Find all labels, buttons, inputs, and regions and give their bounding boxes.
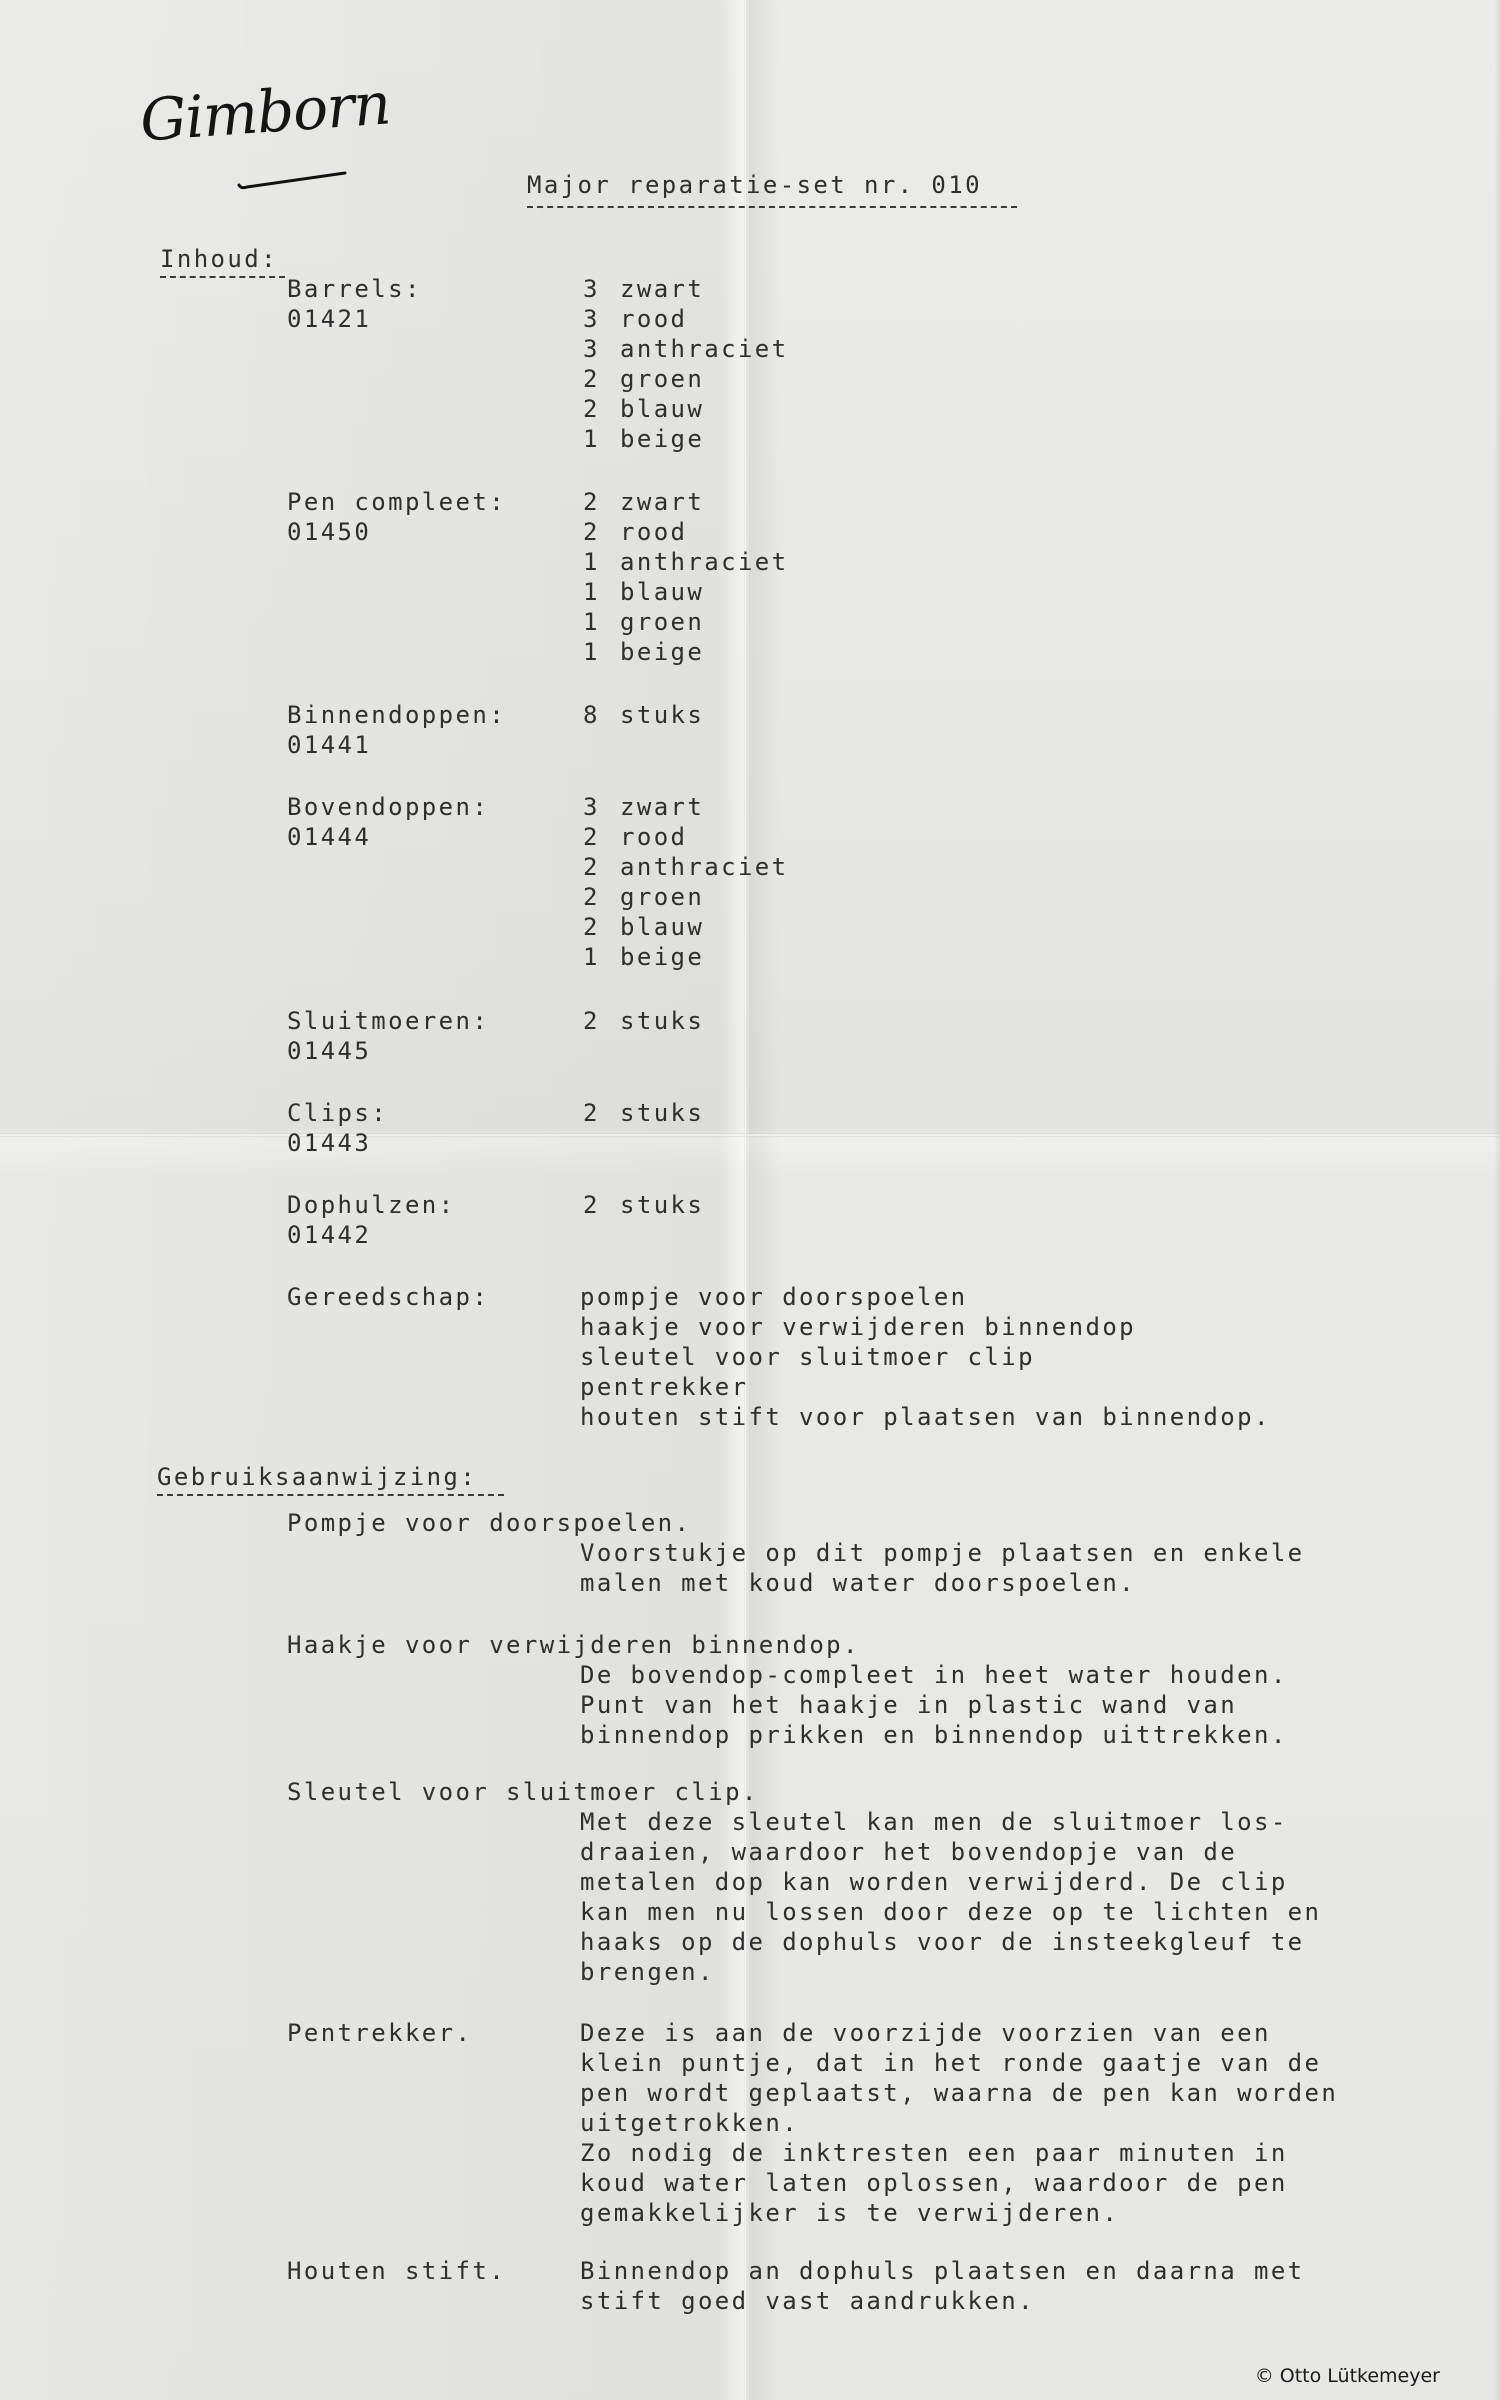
instruction-line: malen met koud water doorspoelen.: [580, 1568, 1136, 1598]
item-quantity: 2: [583, 1190, 600, 1220]
item-name: groen: [620, 607, 704, 637]
instructions-heading: Gebruiksaanwijzing:: [157, 1462, 477, 1492]
document-title: Major reparatie-set nr. 010: [527, 170, 982, 200]
instruction-title: Haakje voor verwijderen binnendop.: [287, 1630, 860, 1660]
instruction-title: Houten stift.: [287, 2256, 506, 2286]
item-name: rood: [620, 517, 687, 547]
item-name: stuks: [620, 1098, 704, 1128]
tool-item: sleutel voor sluitmoer clip: [580, 1342, 1035, 1372]
instruction-line: binnendop prikken en binnendop uittrekke…: [580, 1720, 1288, 1750]
part-code: 01442: [287, 1220, 371, 1250]
instruction-line: kan men nu lossen door deze op te lichte…: [580, 1897, 1321, 1927]
item-name: beige: [620, 637, 704, 667]
item-name: stuks: [620, 1190, 704, 1220]
item-name: beige: [620, 424, 704, 454]
item-quantity: 1: [583, 547, 600, 577]
item-quantity: 2: [583, 912, 600, 942]
item-quantity: 2: [583, 882, 600, 912]
instruction-line: Zo nodig de inktresten een paar minuten …: [580, 2138, 1288, 2168]
instruction-line: stift goed vast aandrukken.: [580, 2286, 1035, 2316]
copyright-notice: © Otto Lütkemeyer: [1255, 2365, 1440, 2387]
tool-item: haakje voor verwijderen binnendop: [580, 1312, 1136, 1342]
tool-item: pompje voor doorspoelen: [580, 1282, 968, 1312]
item-name: beige: [620, 942, 704, 972]
item-name: groen: [620, 364, 704, 394]
instruction-title: Pompje voor doorspoelen.: [287, 1508, 691, 1538]
item-quantity: 2: [583, 1006, 600, 1036]
instruction-line: klein puntje, dat in het ronde gaatje va…: [580, 2048, 1321, 2078]
instruction-line: uitgetrokken.: [580, 2108, 799, 2138]
item-name: rood: [620, 822, 687, 852]
instruction-line: Punt van het haakje in plastic wand van: [580, 1690, 1237, 1720]
item-quantity: 1: [583, 607, 600, 637]
item-quantity: 1: [583, 637, 600, 667]
item-name: zwart: [620, 487, 704, 517]
title-underline: [527, 206, 1017, 208]
item-quantity: 2: [583, 487, 600, 517]
item-name: anthraciet: [620, 334, 789, 364]
item-name: anthraciet: [620, 547, 789, 577]
instruction-line: draaien, waardoor het bovendopje van de: [580, 1837, 1237, 1867]
contents-heading: Inhoud:: [160, 244, 278, 274]
instruction-line: koud water laten oplossen, waardoor de p…: [580, 2168, 1288, 2198]
tool-item: houten stift voor plaatsen van binnendop…: [580, 1402, 1271, 1432]
item-quantity: 2: [583, 517, 600, 547]
section-label: Binnendoppen:: [287, 700, 506, 730]
instructions-heading-underline: [157, 1494, 504, 1496]
instruction-line: pen wordt geplaatst, waarna de pen kan w…: [580, 2078, 1338, 2108]
horizontal-fold-crease: [0, 1133, 1500, 1137]
paper-edge: [1494, 0, 1500, 2400]
item-name: zwart: [620, 792, 704, 822]
part-code: 01443: [287, 1128, 371, 1158]
instruction-line: Met deze sleutel kan men de sluitmoer lo…: [580, 1807, 1288, 1837]
section-label: Sluitmoeren:: [287, 1006, 489, 1036]
item-name: groen: [620, 882, 704, 912]
item-quantity: 2: [583, 364, 600, 394]
item-name: blauw: [620, 912, 704, 942]
instruction-line: Deze is aan de voorzijde voorzien van ee…: [580, 2018, 1271, 2048]
section-label: Dophulzen:: [287, 1190, 456, 1220]
part-code: 01441: [287, 730, 371, 760]
section-label: Barrels:: [287, 274, 422, 304]
item-name: rood: [620, 304, 687, 334]
instruction-line: metalen dop kan worden verwijderd. De cl…: [580, 1867, 1288, 1897]
item-quantity: 1: [583, 942, 600, 972]
item-quantity: 3: [583, 792, 600, 822]
instruction-title: Sleutel voor sluitmoer clip.: [287, 1777, 759, 1807]
tool-item: pentrekker: [580, 1372, 749, 1402]
item-name: stuks: [620, 1006, 704, 1036]
item-quantity: 8: [583, 700, 600, 730]
item-quantity: 3: [583, 274, 600, 304]
instruction-title: Pentrekker.: [287, 2018, 472, 2048]
item-name: blauw: [620, 394, 704, 424]
item-quantity: 1: [583, 424, 600, 454]
item-quantity: 2: [583, 394, 600, 424]
item-name: blauw: [620, 577, 704, 607]
item-quantity: 2: [583, 852, 600, 882]
item-quantity: 3: [583, 304, 600, 334]
instruction-line: gemakkelijker is te verwijderen.: [580, 2198, 1119, 2228]
instruction-line: De bovendop-compleet in heet water houde…: [580, 1660, 1288, 1690]
section-label: Pen compleet:: [287, 487, 506, 517]
part-code: 01445: [287, 1036, 371, 1066]
item-quantity: 2: [583, 822, 600, 852]
item-quantity: 3: [583, 334, 600, 364]
handwritten-underline-stroke: [235, 165, 355, 195]
item-name: stuks: [620, 700, 704, 730]
section-label: Clips:: [287, 1098, 388, 1128]
contents-heading-underline: [160, 276, 285, 278]
instruction-line: brengen.: [580, 1957, 715, 1987]
section-label: Bovendoppen:: [287, 792, 489, 822]
item-name: zwart: [620, 274, 704, 304]
item-quantity: 2: [583, 1098, 600, 1128]
item-quantity: 1: [583, 577, 600, 607]
tools-label: Gereedschap:: [287, 1282, 489, 1312]
part-code: 01450: [287, 517, 371, 547]
part-code: 01421: [287, 304, 371, 334]
part-code: 01444: [287, 822, 371, 852]
instruction-line: Voorstukje op dit pompje plaatsen en enk…: [580, 1538, 1305, 1568]
item-name: anthraciet: [620, 852, 789, 882]
instruction-line: Binnendop an dophuls plaatsen en daarna …: [580, 2256, 1305, 2286]
instruction-line: haaks op de dophuls voor de insteekgleuf…: [580, 1927, 1305, 1957]
